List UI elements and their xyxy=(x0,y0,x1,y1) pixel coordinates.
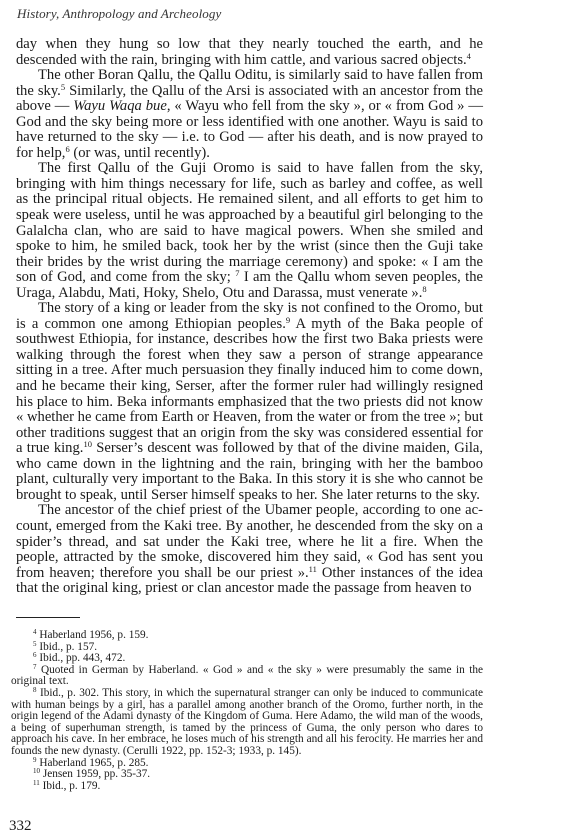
paragraph-5: The ancestor of the chief priest of the … xyxy=(16,503,483,596)
footnote-text: Jensen 1959, pp. 35-37. xyxy=(40,768,150,780)
paragraph-text: Serser’s descent was followed by that of… xyxy=(16,440,483,503)
italic-phrase: Wayu Waqa bue xyxy=(73,98,167,114)
running-head: History, Anthropology and Archeology xyxy=(17,6,221,22)
paragraph-4: The story of a king or leader from the s… xyxy=(16,301,483,503)
paragraph-text: The first Qallu of the Guji Oromo is sai… xyxy=(16,160,483,285)
footnote-ref-4[interactable]: 4 xyxy=(467,51,471,61)
page-number: 332 xyxy=(9,818,32,835)
footnotes: 4 Haberland 1956, p. 159. 5 Ibid., p. 15… xyxy=(11,630,483,792)
footnote-text: Ibid., pp. 443, 472. xyxy=(37,652,126,664)
footnote-ref-8[interactable]: 8 xyxy=(422,284,426,294)
paragraph-3: The first Qallu of the Guji Oromo is sai… xyxy=(16,161,483,301)
footnote-text: Haberland 1965, p. 285. xyxy=(37,757,149,769)
footnote-text: Ibid., p. 179. xyxy=(40,780,101,792)
footnote-ref-11[interactable]: 11 xyxy=(309,564,317,574)
paragraph-1: day when they hung so low that they near… xyxy=(16,37,483,68)
footnote-text: Quoted in German by Haberland. « God » a… xyxy=(11,664,483,688)
footnote-separator xyxy=(16,617,80,618)
paragraph-text: (or was, until recently). xyxy=(70,145,210,161)
footnote-number: 10 xyxy=(33,767,40,775)
paragraph-2: The other Boran Qallu, the Qallu Oditu, … xyxy=(16,68,483,161)
footnote-ref-10[interactable]: 10 xyxy=(83,439,92,449)
footnote-11: 11 Ibid., p. 179. xyxy=(11,781,483,793)
footnote-text: Ibid., p. 302. This story, in which the … xyxy=(11,687,483,757)
footnote-text: Haberland 1956, p. 159. xyxy=(37,629,149,641)
footnote-text: Ibid., p. 157. xyxy=(37,641,98,653)
paragraph-text: A myth of the Baka people of southwest E… xyxy=(16,316,483,456)
body-text: day when they hung so low that they near… xyxy=(16,37,483,597)
footnote-7: 7 Quoted in German by Haberland. « God »… xyxy=(11,665,483,688)
footnote-number: 11 xyxy=(33,779,40,787)
footnote-8: 8 Ibid., p. 302. This story, in which th… xyxy=(11,688,483,758)
paragraph-text: day when they hung so low that they near… xyxy=(16,36,483,68)
